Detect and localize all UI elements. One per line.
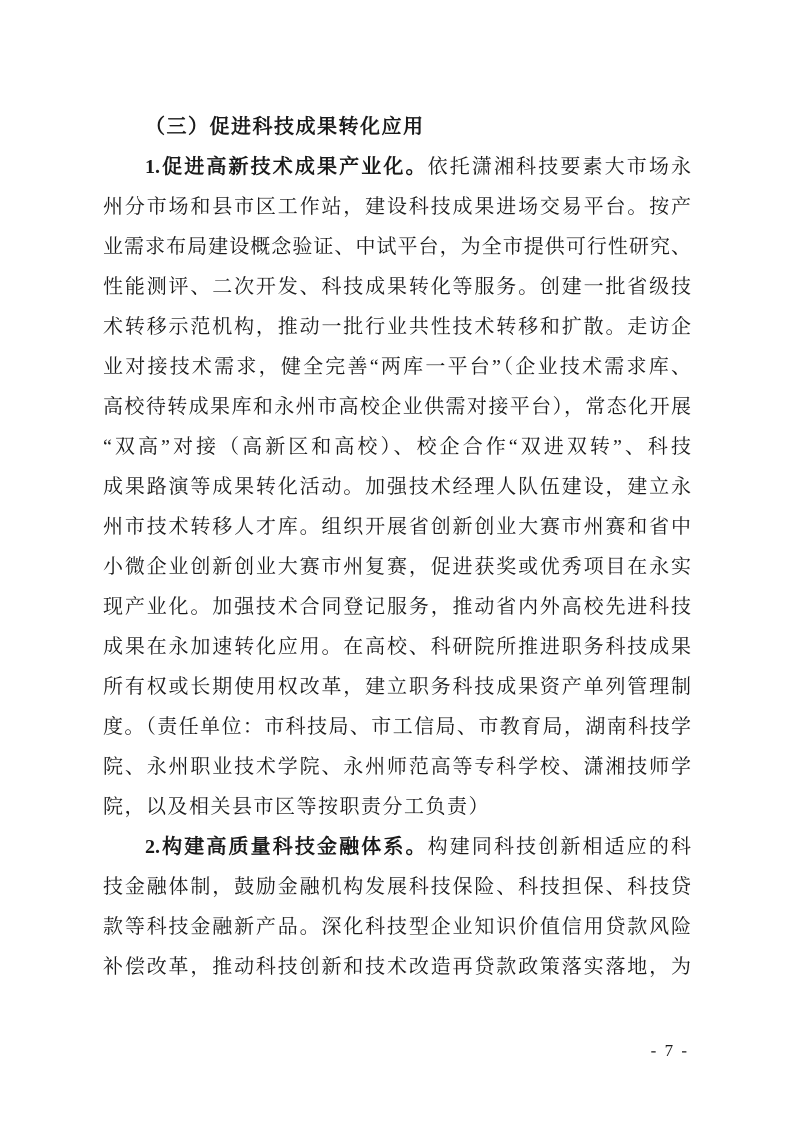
text-segment-bold: 2.构建高质量科技金融体系。 bbox=[145, 836, 428, 858]
page-number: - 7 - bbox=[651, 1040, 689, 1062]
text-line: 业对接技术需求，健全完善“两库一平台”（企业技术需求库、 bbox=[103, 347, 691, 387]
text-segment: 业对接技术需求，健全完善“两库一平台”（企业技术需求库、 bbox=[103, 356, 691, 378]
text-line: “双高”对接（高新区和高校）、校企合作“双进双转”、科技 bbox=[103, 427, 691, 467]
text-segment: 现产业化。加强技术合同登记服务，推动省内外高校先进科技 bbox=[103, 596, 691, 618]
text-segment: 技金融体制，鼓励金融机构发展科技保险、科技担保、科技贷 bbox=[103, 876, 691, 898]
text-line: 院、永州职业技术学院、永州师范高等专科学校、潇湘技师学 bbox=[103, 747, 691, 787]
text-segment: 构建同科技创新相适应的科 bbox=[428, 836, 691, 858]
text-segment: 业需求布局建设概念验证、中试平台，为全市提供可行性研究、 bbox=[103, 236, 691, 258]
text-segment: 性能测评、二次开发、科技成果转化等服务。创建一批省级技 bbox=[103, 276, 691, 298]
text-segment: 小微企业创新创业大赛市州复赛，促进获奖或优秀项目在永实 bbox=[103, 556, 691, 578]
text-segment: 高校待转成果库和永州市高校企业供需对接平台），常态化开展 bbox=[103, 396, 691, 418]
text-line: 所有权或长期使用权改革，建立职务科技成果资产单列管理制 bbox=[103, 667, 691, 707]
text-segment: 度。（责任单位：市科技局、市工信局、市教育局，湖南科技学 bbox=[103, 716, 691, 738]
text-line: 性能测评、二次开发、科技成果转化等服务。创建一批省级技 bbox=[103, 267, 691, 307]
text-line: 成果路演等成果转化活动。加强技术经理人队伍建设，建立永 bbox=[103, 467, 691, 507]
text-segment: “双高”对接（高新区和高校）、校企合作“双进双转”、科技 bbox=[103, 436, 691, 458]
text-segment-bold: （三）促进科技成果转化应用 bbox=[145, 116, 425, 138]
text-line: 2.构建高质量科技金融体系。构建同科技创新相适应的科 bbox=[103, 827, 691, 867]
text-segment: 款等科技金融新产品。深化科技型企业知识价值信用贷款风险 bbox=[103, 916, 691, 938]
text-segment: 依托潇湘科技要素大市场永 bbox=[428, 156, 691, 178]
text-line: 1.促进高新技术成果产业化。依托潇湘科技要素大市场永 bbox=[103, 147, 691, 187]
text-line: 州分市场和县市区工作站，建设科技成果进场交易平台。按产 bbox=[103, 187, 691, 227]
document-page: （三）促进科技成果转化应用1.促进高新技术成果产业化。依托潇湘科技要素大市场永州… bbox=[0, 0, 793, 1122]
text-line: 小微企业创新创业大赛市州复赛，促进获奖或优秀项目在永实 bbox=[103, 547, 691, 587]
text-segment: 院、永州职业技术学院、永州师范高等专科学校、潇湘技师学 bbox=[103, 756, 691, 778]
text-segment: 补偿改革，推动科技创新和技术改造再贷款政策落实落地，为 bbox=[103, 956, 691, 978]
text-line: 院，以及相关县市区等按职责分工负责） bbox=[103, 787, 691, 827]
text-line: 补偿改革，推动科技创新和技术改造再贷款政策落实落地，为 bbox=[103, 947, 691, 987]
text-segment: 成果路演等成果转化活动。加强技术经理人队伍建设，建立永 bbox=[103, 476, 691, 498]
text-line: 州市技术转移人才库。组织开展省创新创业大赛市州赛和省中 bbox=[103, 507, 691, 547]
text-segment: 州分市场和县市区工作站，建设科技成果进场交易平台。按产 bbox=[103, 196, 691, 218]
text-segment-bold: 1.促进高新技术成果产业化。 bbox=[145, 156, 428, 178]
text-segment: 成果在永加速转化应用。在高校、科研院所推进职务科技成果 bbox=[103, 636, 691, 658]
document-body: （三）促进科技成果转化应用1.促进高新技术成果产业化。依托潇湘科技要素大市场永州… bbox=[103, 107, 691, 987]
text-segment: 所有权或长期使用权改革，建立职务科技成果资产单列管理制 bbox=[103, 676, 691, 698]
text-line: 业需求布局建设概念验证、中试平台，为全市提供可行性研究、 bbox=[103, 227, 691, 267]
text-segment: 州市技术转移人才库。组织开展省创新创业大赛市州赛和省中 bbox=[103, 516, 691, 538]
text-line: 现产业化。加强技术合同登记服务，推动省内外高校先进科技 bbox=[103, 587, 691, 627]
text-line: 技金融体制，鼓励金融机构发展科技保险、科技担保、科技贷 bbox=[103, 867, 691, 907]
text-line: 高校待转成果库和永州市高校企业供需对接平台），常态化开展 bbox=[103, 387, 691, 427]
text-line: （三）促进科技成果转化应用 bbox=[103, 107, 691, 147]
text-line: 款等科技金融新产品。深化科技型企业知识价值信用贷款风险 bbox=[103, 907, 691, 947]
text-segment: 院，以及相关县市区等按职责分工负责） bbox=[103, 796, 490, 818]
text-line: 术转移示范机构，推动一批行业共性技术转移和扩散。走访企 bbox=[103, 307, 691, 347]
text-segment: 术转移示范机构，推动一批行业共性技术转移和扩散。走访企 bbox=[103, 316, 691, 338]
text-line: 成果在永加速转化应用。在高校、科研院所推进职务科技成果 bbox=[103, 627, 691, 667]
text-line: 度。（责任单位：市科技局、市工信局、市教育局，湖南科技学 bbox=[103, 707, 691, 747]
